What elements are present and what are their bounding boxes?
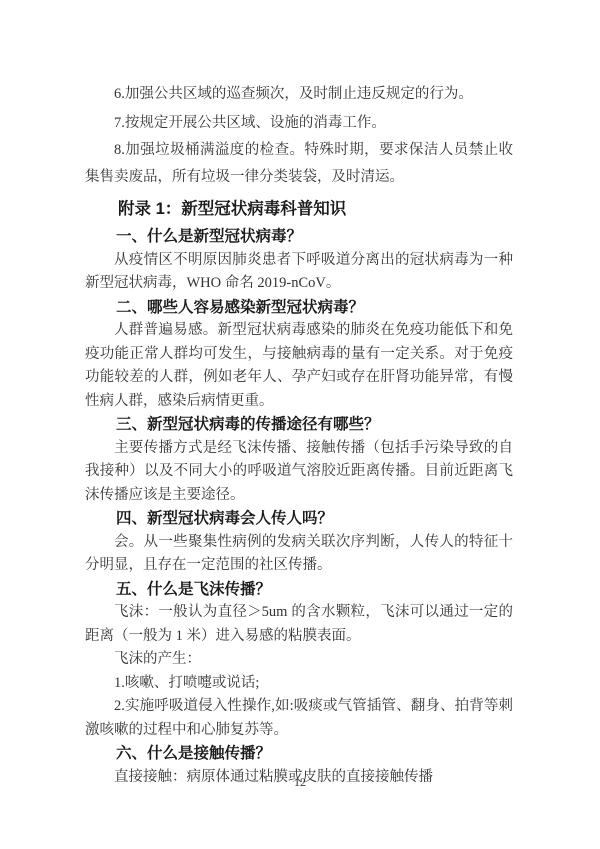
paragraph: 2.实施呼吸道侵入性操作,如:吸痰或气管插管、翻身、拍背等刺激咳嗽的过程中和心肺… [85,695,513,742]
document-page: 6.加强公共区域的巡查频次，及时制止违反规定的行为。 7.按规定开展公共区域、设… [0,0,600,849]
paragraph: 飞沫的产生： [85,648,513,672]
section-heading-2: 二、哪些人容易感染新型冠状病毒？ [85,296,513,320]
list-item: 7.按规定开展公共区域、设施的消毒工作。 [85,109,513,138]
paragraph: 会。从一些聚集性病例的发病关联次序判断，人传人的特征十分明显，且存在一定范围的社… [85,531,513,578]
list-item: 6.加强公共区域的巡查频次，及时制止违反规定的行为。 [85,80,513,109]
page-number: 12 [0,775,600,789]
section-heading-6: 六、什么是接触传播？ [85,742,513,766]
paragraph: 飞沫：一般认为直径＞5um 的含水颗粒，飞沫可以通过一定的距离（一般为 1 米）… [85,601,513,648]
appendix-title: 附录 1：新型冠状病毒科普知识 [85,196,513,222]
paragraph: 主要传播方式是经飞沫传播、接触传播（包括手污染导致的自我接种）以及不同大小的呼吸… [85,437,513,508]
paragraph: 人群普遍易感。新型冠状病毒感染的肺炎在免疫功能低下和免疫功能正常人群均可发生，与… [85,319,513,413]
paragraph: 1.咳嗽、打喷嚏或说话; [85,672,513,696]
list-item: 8.加强垃圾桶满溢度的检查。特殊时期，要求保洁人员禁止收集售卖废品，所有垃圾一律… [85,137,513,190]
section-heading-3: 三、新型冠状病毒的传播途径有哪些？ [85,413,513,437]
section-heading-4: 四、新型冠状病毒会人传人吗？ [85,507,513,531]
section-heading-5: 五、什么是飞沫传播？ [85,578,513,602]
section-heading-1: 一、什么是新型冠状病毒？ [85,225,513,249]
paragraph: 从疫情区不明原因肺炎患者下呼吸道分离出的冠状病毒为一种新型冠状病毒，WHO 命名… [85,249,513,296]
page-content: 6.加强公共区域的巡查频次，及时制止违反规定的行为。 7.按规定开展公共区域、设… [85,80,513,789]
